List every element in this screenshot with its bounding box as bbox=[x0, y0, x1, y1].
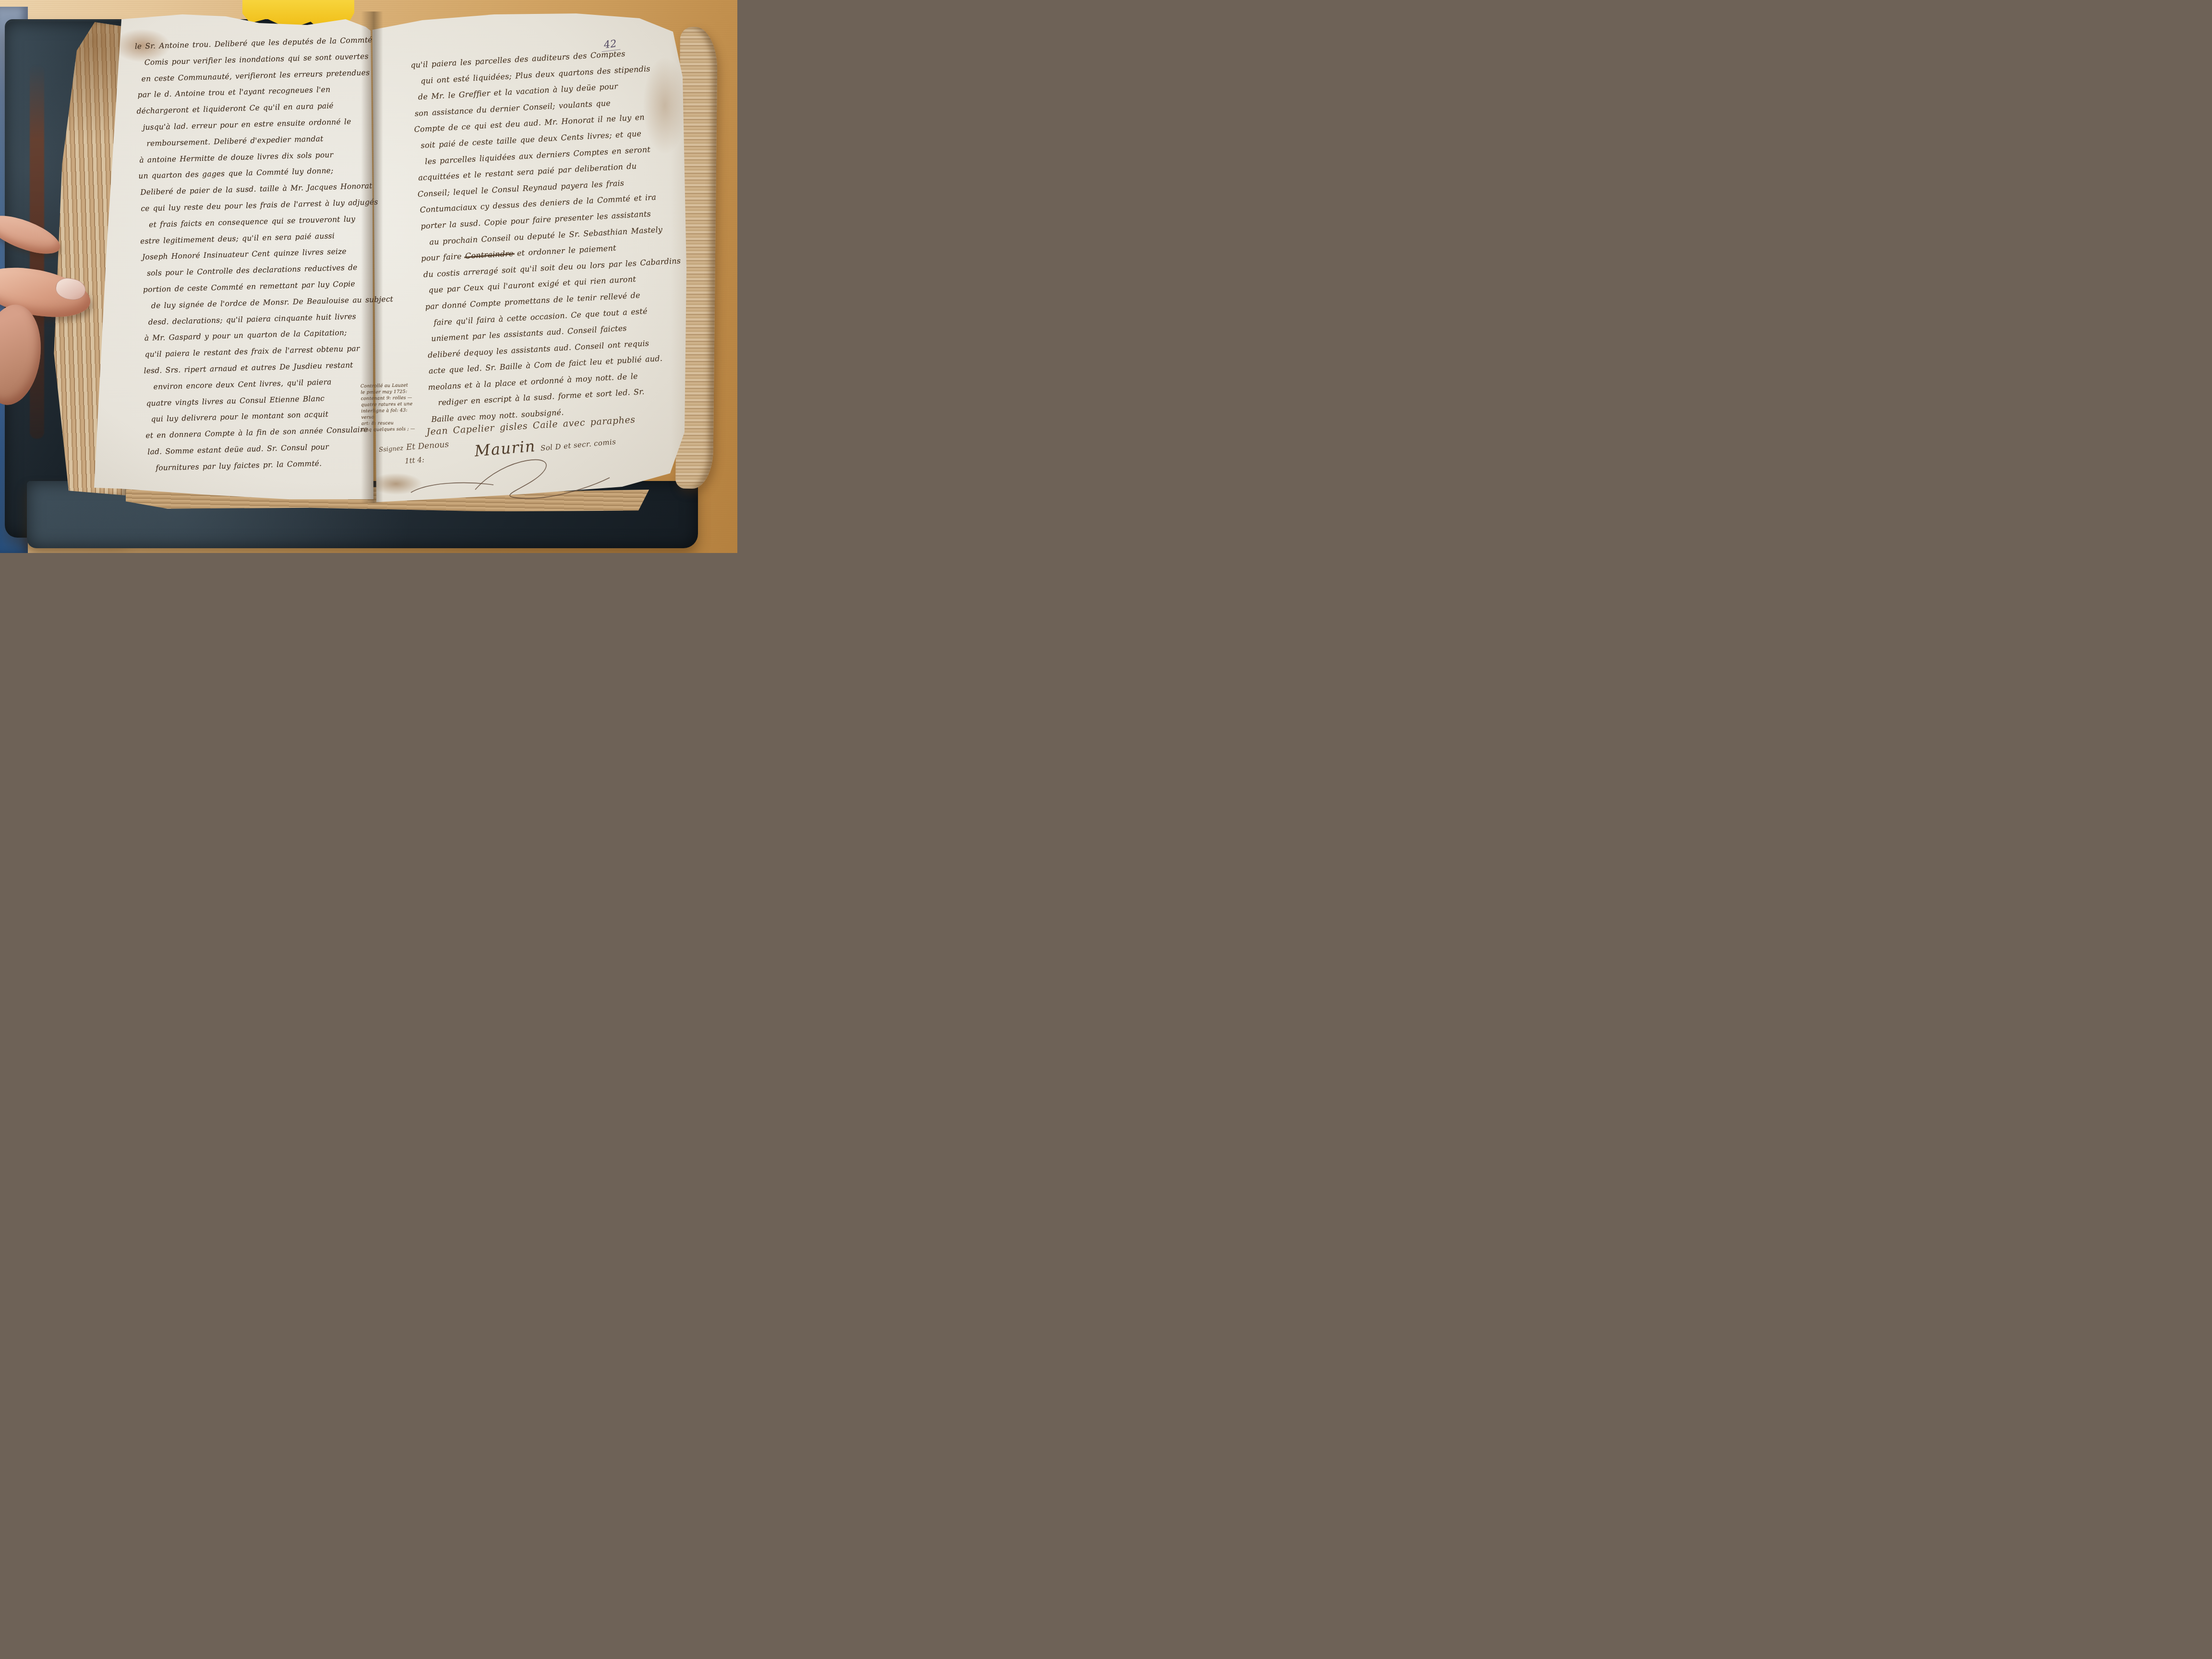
left-page-handwriting: le Sr. Antoine trou. Deliberé que les de… bbox=[136, 33, 375, 477]
notary-signature: Et Denous bbox=[406, 440, 449, 452]
folio-number: 42 bbox=[601, 37, 621, 52]
signature-underline-flourish bbox=[409, 478, 495, 497]
palm bbox=[0, 301, 46, 408]
signed-label: Ssignez bbox=[379, 445, 404, 454]
manuscript-photo: le Sr. Antoine trou. Deliberé que les de… bbox=[0, 0, 737, 553]
signed-note: SsignezEt Denous 1tt 4: bbox=[378, 438, 450, 469]
margin-note-line: cinq quelques sols ; — bbox=[361, 426, 422, 433]
right-page-handwriting: qu'il paiera les parcelles des auditeurs… bbox=[412, 43, 691, 428]
hand-holding-page bbox=[0, 202, 125, 422]
margin-note-line: quatre ratures et une bbox=[361, 401, 421, 409]
index-finger bbox=[0, 208, 65, 261]
control-margin-note: Controllé au Lauzetle pmier may 1725:con… bbox=[361, 382, 422, 433]
